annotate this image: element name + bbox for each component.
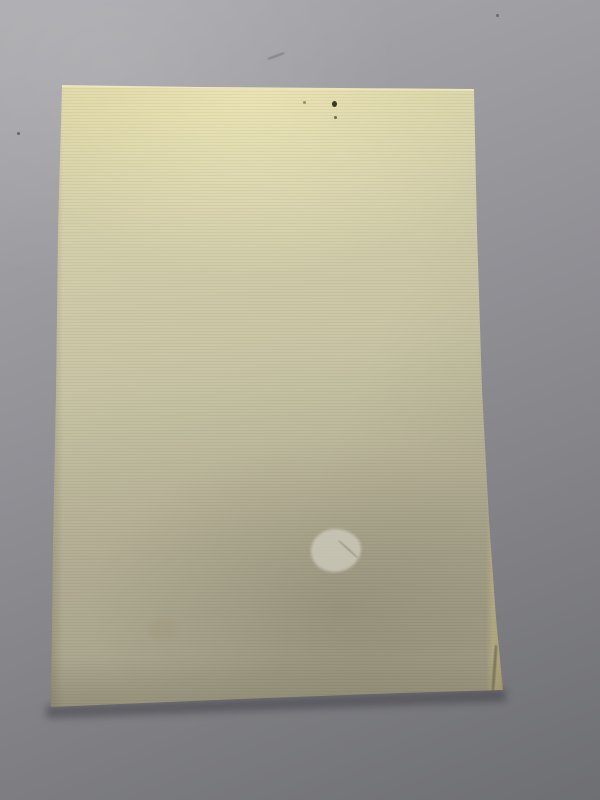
- photo-of-book: [0, 0, 600, 800]
